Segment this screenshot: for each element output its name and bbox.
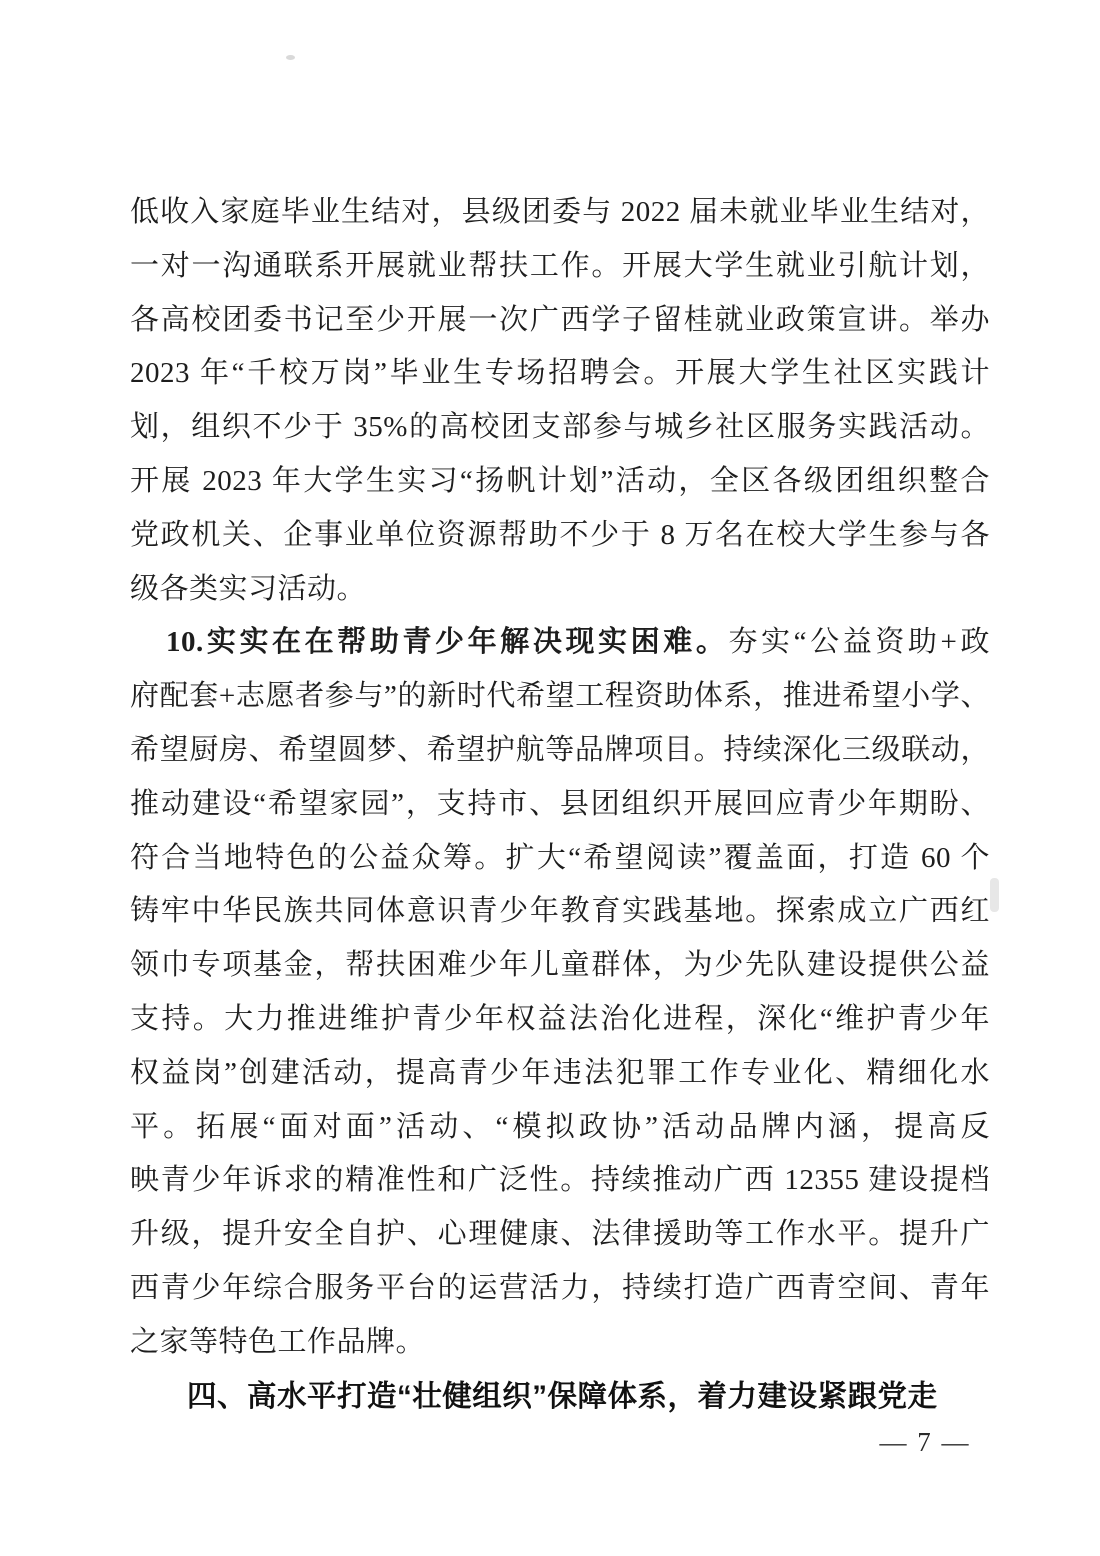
body-line: 升级，提升安全自护、心理健康、法律援助等工作水平。提升广 — [130, 1208, 990, 1262]
body-line: 划，组织不少于 35%的高校团支部参与城乡社区服务实践活动。 — [130, 401, 990, 455]
body-line: 支持。大力推进维护青少年权益法治化进程，深化“维护青少年 — [130, 993, 990, 1047]
scan-speck — [286, 55, 295, 60]
body-line: 铸牢中华民族共同体意识青少年教育实践基地。探索成立广西红 — [130, 885, 990, 939]
page-number: — 7 — — [860, 1420, 990, 1464]
section-heading-4: 四、高水平打造“壮健组织”保障体系，着力建设紧跟党走 — [130, 1370, 990, 1424]
document-page: 低收入家庭毕业生结对，县级团委与 2022 届未就业毕业生结对， 一对一沟通联系… — [0, 0, 1100, 1556]
body-line: 符合当地特色的公益众筹。扩大“希望阅读”覆盖面，打造 60 个 — [130, 832, 990, 886]
item-10-title: 10.实实在在帮助青少年解决现实困难。 — [166, 626, 728, 658]
body-line: 西青少年综合服务平台的运营活力，持续打造广西青空间、青年 — [130, 1262, 990, 1316]
body-line: 2023 年“千校万岗”毕业生专场招聘会。开展大学生社区实践计 — [130, 347, 990, 401]
body-line-paragraph-end: 级各类实习活动。 — [130, 563, 990, 617]
body-line: 权益岗”创建活动，提高青少年违法犯罪工作专业化、精细化水 — [130, 1047, 990, 1101]
body-line: 希望厨房、希望圆梦、希望护航等品牌项目。持续深化三级联动， — [130, 724, 990, 778]
scan-smudge — [990, 878, 999, 912]
body-line: 府配套+志愿者参与”的新时代希望工程资助体系，推进希望小学、 — [130, 670, 990, 724]
body-line: 各高校团委书记至少开展一次广西学子留桂就业政策宣讲。举办 — [130, 294, 990, 348]
body-line-paragraph-end: 之家等特色工作品牌。 — [130, 1316, 990, 1370]
body-line: 映青少年诉求的精准性和广泛性。持续推动广西 12355 建设提档 — [130, 1154, 990, 1208]
body-line: 低收入家庭毕业生结对，县级团委与 2022 届未就业毕业生结对， — [130, 186, 990, 240]
item-10-text: 夯实“公益资助+政 — [728, 626, 990, 658]
body-line: 推动建设“希望家园”，支持市、县团组织开展回应青少年期盼、 — [130, 778, 990, 832]
body-line: 领巾专项基金，帮扶困难少年儿童群体，为少先队建设提供公益 — [130, 939, 990, 993]
body-line: 一对一沟通联系开展就业帮扶工作。开展大学生就业引航计划， — [130, 240, 990, 294]
body-line: 平。拓展“面对面”活动、“模拟政协”活动品牌内涵，提高反 — [130, 1101, 990, 1155]
body-line: 开展 2023 年大学生实习“扬帆计划”活动，全区各级团组织整合 — [130, 455, 990, 509]
document-body: 低收入家庭毕业生结对，县级团委与 2022 届未就业毕业生结对， 一对一沟通联系… — [130, 186, 990, 1423]
body-line-item-10: 10.实实在在帮助青少年解决现实困难。夯实“公益资助+政 — [130, 616, 990, 670]
body-line: 党政机关、企事业单位资源帮助不少于 8 万名在校大学生参与各 — [130, 509, 990, 563]
